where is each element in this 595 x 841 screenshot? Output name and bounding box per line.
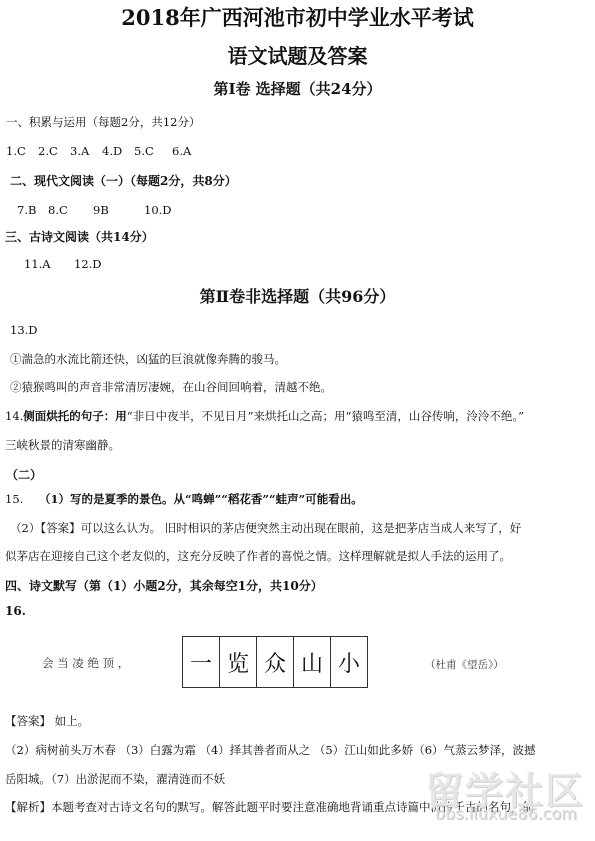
q13-answer: 13.D (10, 323, 38, 337)
poem-cell: 众 (257, 637, 294, 687)
q13-translation-1: ①湍急的水流比箭还快，凶猛的巨浪就像奔腾的骏马。 (10, 351, 286, 367)
answer-1: 1.C (6, 144, 38, 158)
q14-body: “非日中夜半，不见日月”来烘托山之高；用“猿鸣至清，山谷传响，泠泠不绝。” (127, 409, 524, 423)
q15-part1-text: （1）写的是夏季的景色。从“鸣蝉”“稻花香”“蛙声”可能看出。 (39, 492, 363, 506)
q15-part2-line2: 似茅店在迎接自己这个老友似的，这充分反映了作者的喜悦之情。这样理解就是拟人手法的… (5, 548, 511, 564)
section2-heading: 二、现代文阅读（一）（每题2分，共8分） (10, 172, 237, 189)
subsection-2-heading: （二） (6, 466, 42, 483)
answer-3: 3.A (70, 144, 102, 158)
answer-8: 8.C (48, 203, 93, 217)
section4-heading: 四、诗文默写（第（1）小题2分，其余每空1分，共10分） (5, 577, 323, 594)
answer-12: 12.D (74, 257, 102, 271)
section2-answers: 7.B8.C9B10.D (17, 203, 172, 217)
section1-answers: 1.C2.C3.A4.D5.C6.A (6, 144, 191, 158)
section3-answers: 11.A12.D (24, 257, 102, 271)
poem-cell: 一 (183, 637, 220, 687)
section1-heading: 一、积累与运用（每题2分，共12分） (6, 114, 200, 130)
document-title: 2018年广西河池市初中学业水平考试 (0, 2, 595, 32)
q15-part2-line1: （2）【答案】可以这么认为。 旧时相识的茅店便突然主动出现在眼前，这是把茅店当成… (10, 520, 521, 536)
answer-4: 4.D (102, 144, 134, 158)
poem-cell: 小 (331, 637, 367, 687)
document-subtitle: 语文试题及答案 (0, 40, 595, 69)
q14-number: 14. (5, 409, 23, 423)
watermark-url: bbs.liuxue86.com (435, 804, 577, 823)
poem-cell: 山 (294, 637, 331, 687)
answer-2: 2.C (38, 144, 70, 158)
q14-lead: 侧面烘托的句子：用 (23, 409, 127, 423)
poem-source: （杜甫《望岳》） (425, 657, 504, 672)
q14-continuation: 三峡秋景的清寒幽静。 (5, 437, 120, 453)
answer-9: 9B (93, 203, 144, 217)
q15-number: 15. (5, 492, 39, 506)
q15-part1: 15.（1）写的是夏季的景色。从“鸣蝉”“稻花香”“蛙声”可能看出。 (5, 491, 363, 507)
q16-answers-line1: （2）病树前头万木春 （3）白露为霜 （4）择其善者而从之 （5）江山如此多娇（… (5, 742, 536, 758)
part2-title: 第Ⅱ卷非选择题（共96分） (0, 284, 595, 307)
watermark: 留学社区 bbs.liuxue86.com (425, 760, 595, 830)
answer-6: 6.A (172, 144, 191, 158)
poem-answer-box: 一 览 众 山 小 (182, 636, 368, 688)
q16-answers-line2: 岳阳城。（7）出淤泥而不染，濯清涟而不妖 (5, 771, 225, 787)
poem-cell: 览 (220, 637, 257, 687)
q14-answer: 14.侧面烘托的句子：用“非日中夜半，不见日月”来烘托山之高；用“猿鸣至清，山谷… (5, 408, 524, 424)
part1-title: 第Ⅰ卷 选择题（共24分） (0, 78, 595, 99)
answer-5: 5.C (134, 144, 172, 158)
section3-heading: 三、古诗文阅读（共14分） (5, 228, 154, 245)
poem-prefix: 会 当 凌 绝 顶 ， (42, 655, 129, 671)
answer-7: 7.B (17, 203, 48, 217)
q13-translation-2: ②猿猴鸣叫的声音非常清厉凄婉，在山谷间回响着，清越不绝。 (10, 379, 332, 395)
q16-answer-note: 【答案】 如上。 (5, 713, 89, 729)
answer-11: 11.A (24, 257, 74, 271)
q16-number: 16. (5, 604, 26, 618)
answer-10: 10.D (144, 203, 172, 217)
